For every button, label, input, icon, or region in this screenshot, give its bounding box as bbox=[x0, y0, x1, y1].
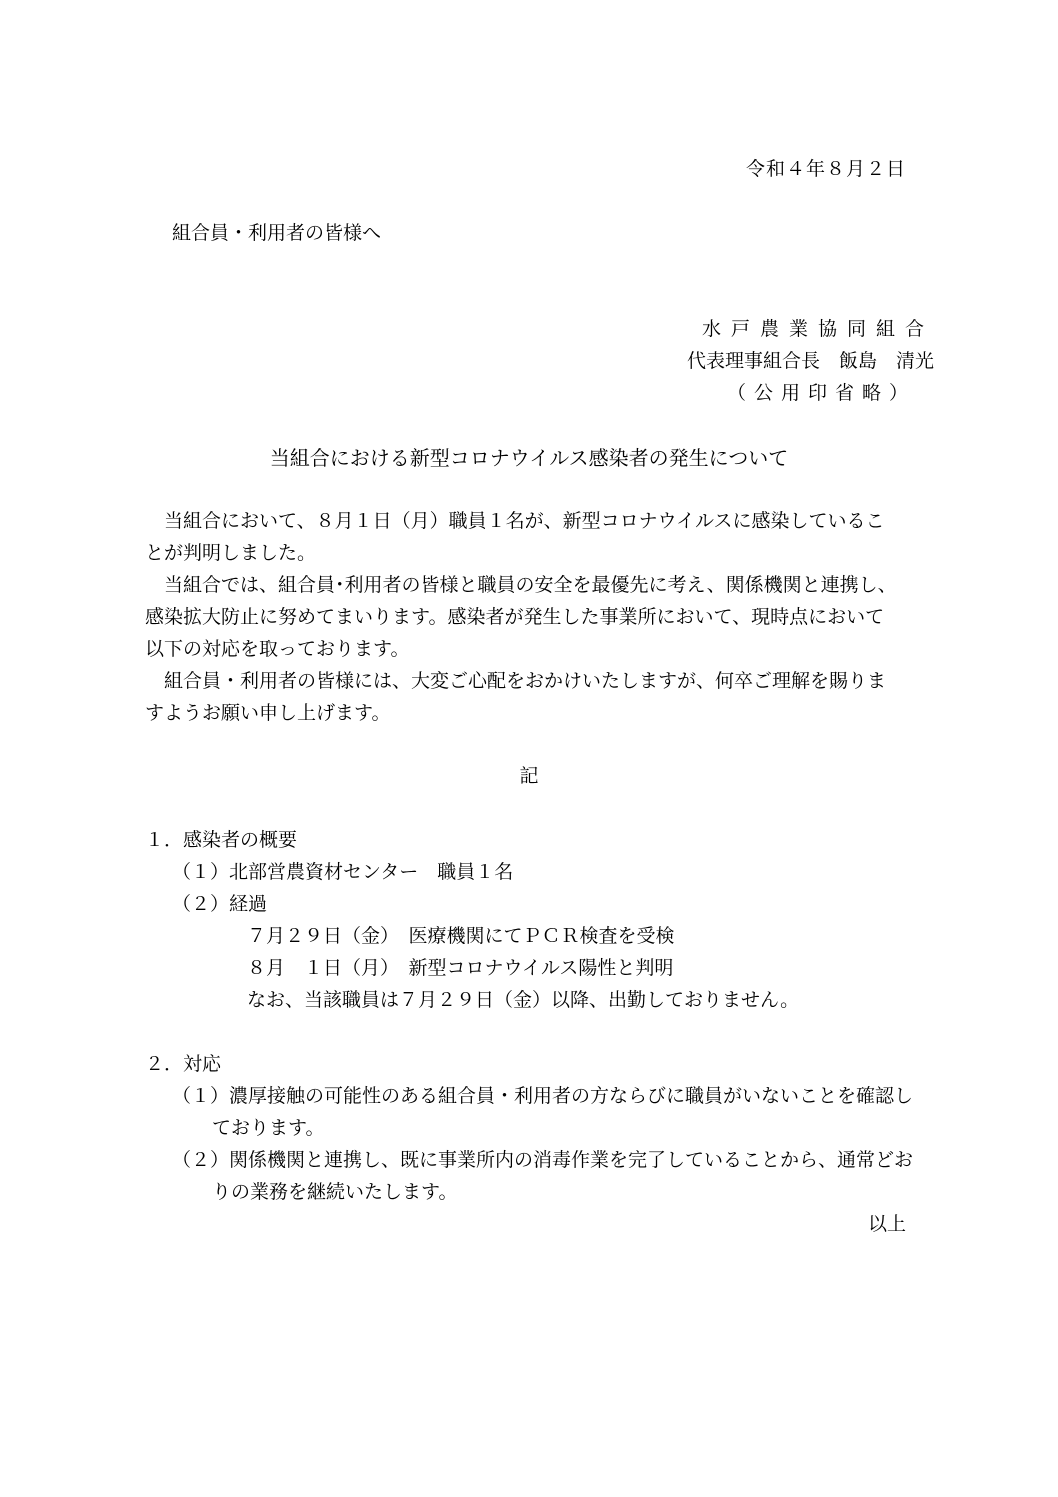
timeline-entry: ７月２９日（金） 医療機関にてＰＣＲ検査を受検 bbox=[247, 927, 675, 946]
section2-heading: ２．対応 bbox=[145, 1055, 221, 1074]
sender-organization: 水戸農業協同組合 bbox=[702, 320, 934, 339]
section2-item2-line2: りの業務を継続いたします。 bbox=[212, 1183, 457, 1202]
document-title: 当組合における新型コロナウイルス感染者の発生について bbox=[0, 448, 1058, 468]
section2-item1-line2: ております。 bbox=[212, 1119, 324, 1138]
ki-heading: 記 bbox=[0, 767, 1058, 786]
section1-note: なお、当該職員は７月２９日（金）以降、出勤しておりません。 bbox=[247, 991, 799, 1010]
timeline-entry: ８月 １日（月） 新型コロナウイルス陽性と判明 bbox=[247, 959, 673, 978]
body-line: 以下の対応を取っております。 bbox=[145, 640, 409, 659]
body-line: 当組合では、組合員･利用者の皆様と職員の安全を最優先に考え、関係機関と連携し、 bbox=[145, 576, 897, 595]
body-line: 組合員・利用者の皆様には、大変ご心配をおかけいたしますが、何卒ご理解を賜りま bbox=[145, 672, 886, 691]
body-line: すようお願い申し上げます。 bbox=[145, 704, 390, 723]
body-line: 当組合において、８月１日（月）職員１名が、新型コロナウイルスに感染しているこ bbox=[145, 512, 884, 531]
section1-item1: （１）北部営農資材センター 職員１名 bbox=[172, 863, 513, 882]
document-date: 令和４年８月２日 bbox=[746, 160, 906, 179]
section1-item2: （２）経過 bbox=[172, 895, 267, 914]
section2-item1-line1: （１）濃厚接触の可能性のある組合員・利用者の方ならびに職員がいないことを確認し bbox=[172, 1087, 913, 1106]
section2-item2-line1: （２）関係機関と連携し、既に事業所内の消毒作業を完了していることから、通常どお bbox=[172, 1151, 913, 1170]
sender-representative: 代表理事組合長 飯島 清光 bbox=[687, 352, 934, 371]
addressee: 組合員・利用者の皆様へ bbox=[172, 224, 381, 243]
closing-mark: 以上 bbox=[868, 1215, 906, 1234]
body-line: 感染拡大防止に努めてまいります。感染者が発生した事業所において、現時点において bbox=[145, 608, 884, 627]
seal-note: （公用印省略） bbox=[727, 384, 916, 403]
section1-heading: １．感染者の概要 bbox=[145, 831, 297, 850]
body-line: とが判明しました。 bbox=[145, 544, 316, 563]
